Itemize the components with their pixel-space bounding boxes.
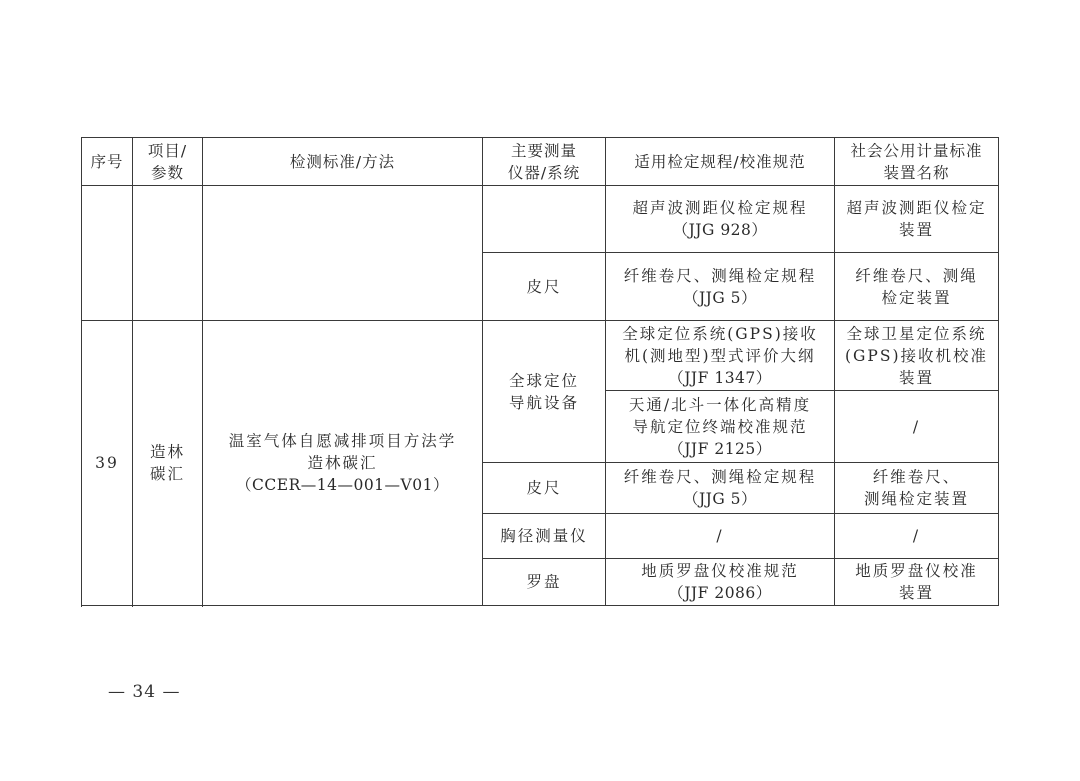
header-item: 项目/参数 <box>133 138 203 186</box>
instrument-cell: 皮尺 <box>483 253 606 321</box>
method-cell: 温室气体自愿减排项目方法学造林碳汇（CCER—14—001—V01） <box>203 321 483 606</box>
page-number: — 34 — <box>108 682 180 702</box>
regulation-cell: 超声波测距仪检定规程（JJG 928） <box>606 186 835 253</box>
regulation-cell: 纤维卷尺、测绳检定规程（JJG 5） <box>606 253 835 321</box>
instrument-cell: 胸径测量仪 <box>483 514 606 559</box>
header-instrument: 主要测量仪器/系统 <box>483 138 606 186</box>
header-serial: 序号 <box>82 138 133 186</box>
serial-cell: 39 <box>82 321 133 606</box>
standard-device-cell: / <box>835 391 999 463</box>
standard-device-cell: 纤维卷尺、测绳检定装置 <box>835 463 999 514</box>
header-row: 序号 项目/参数 检测标准/方法 主要测量仪器/系统 适用检定规程/校准规范 社… <box>82 138 999 186</box>
regulation-cell: / <box>606 514 835 559</box>
instrument-cell: 皮尺 <box>483 463 606 514</box>
standard-device-cell: / <box>835 514 999 559</box>
table-row: 39 造林碳汇 温室气体自愿减排项目方法学造林碳汇（CCER—14—001—V0… <box>82 321 999 391</box>
regulation-cell: 天通/北斗一体化高精度导航定位终端校准规范（JJF 2125） <box>606 391 835 463</box>
serial-cell-empty <box>82 186 133 321</box>
item-cell: 造林碳汇 <box>133 321 203 606</box>
instrument-cell: 全球定位导航设备 <box>483 321 606 463</box>
header-regulation: 适用检定规程/校准规范 <box>606 138 835 186</box>
header-method: 检测标准/方法 <box>203 138 483 186</box>
instrument-cell <box>483 186 606 253</box>
regulation-cell: 地质罗盘仪校准规范（JJF 2086） <box>606 559 835 606</box>
standard-device-cell: 超声波测距仪检定装置 <box>835 186 999 253</box>
standard-device-cell: 纤维卷尺、测绳检定装置 <box>835 253 999 321</box>
regulation-cell: 纤维卷尺、测绳检定规程（JJG 5） <box>606 463 835 514</box>
method-cell-empty <box>203 186 483 321</box>
standard-device-cell: 全球卫星定位系统(GPS)接收机校准装置 <box>835 321 999 391</box>
regulation-cell: 全球定位系统(GPS)接收机(测地型)型式评价大纲（JJF 1347） <box>606 321 835 391</box>
standard-device-cell: 地质罗盘仪校准装置 <box>835 559 999 606</box>
header-standard-device: 社会公用计量标准装置名称 <box>835 138 999 186</box>
table-row: 超声波测距仪检定规程（JJG 928） 超声波测距仪检定装置 <box>82 186 999 253</box>
item-cell-empty <box>133 186 203 321</box>
standards-table: 序号 项目/参数 检测标准/方法 主要测量仪器/系统 适用检定规程/校准规范 社… <box>81 137 999 606</box>
instrument-cell: 罗盘 <box>483 559 606 606</box>
